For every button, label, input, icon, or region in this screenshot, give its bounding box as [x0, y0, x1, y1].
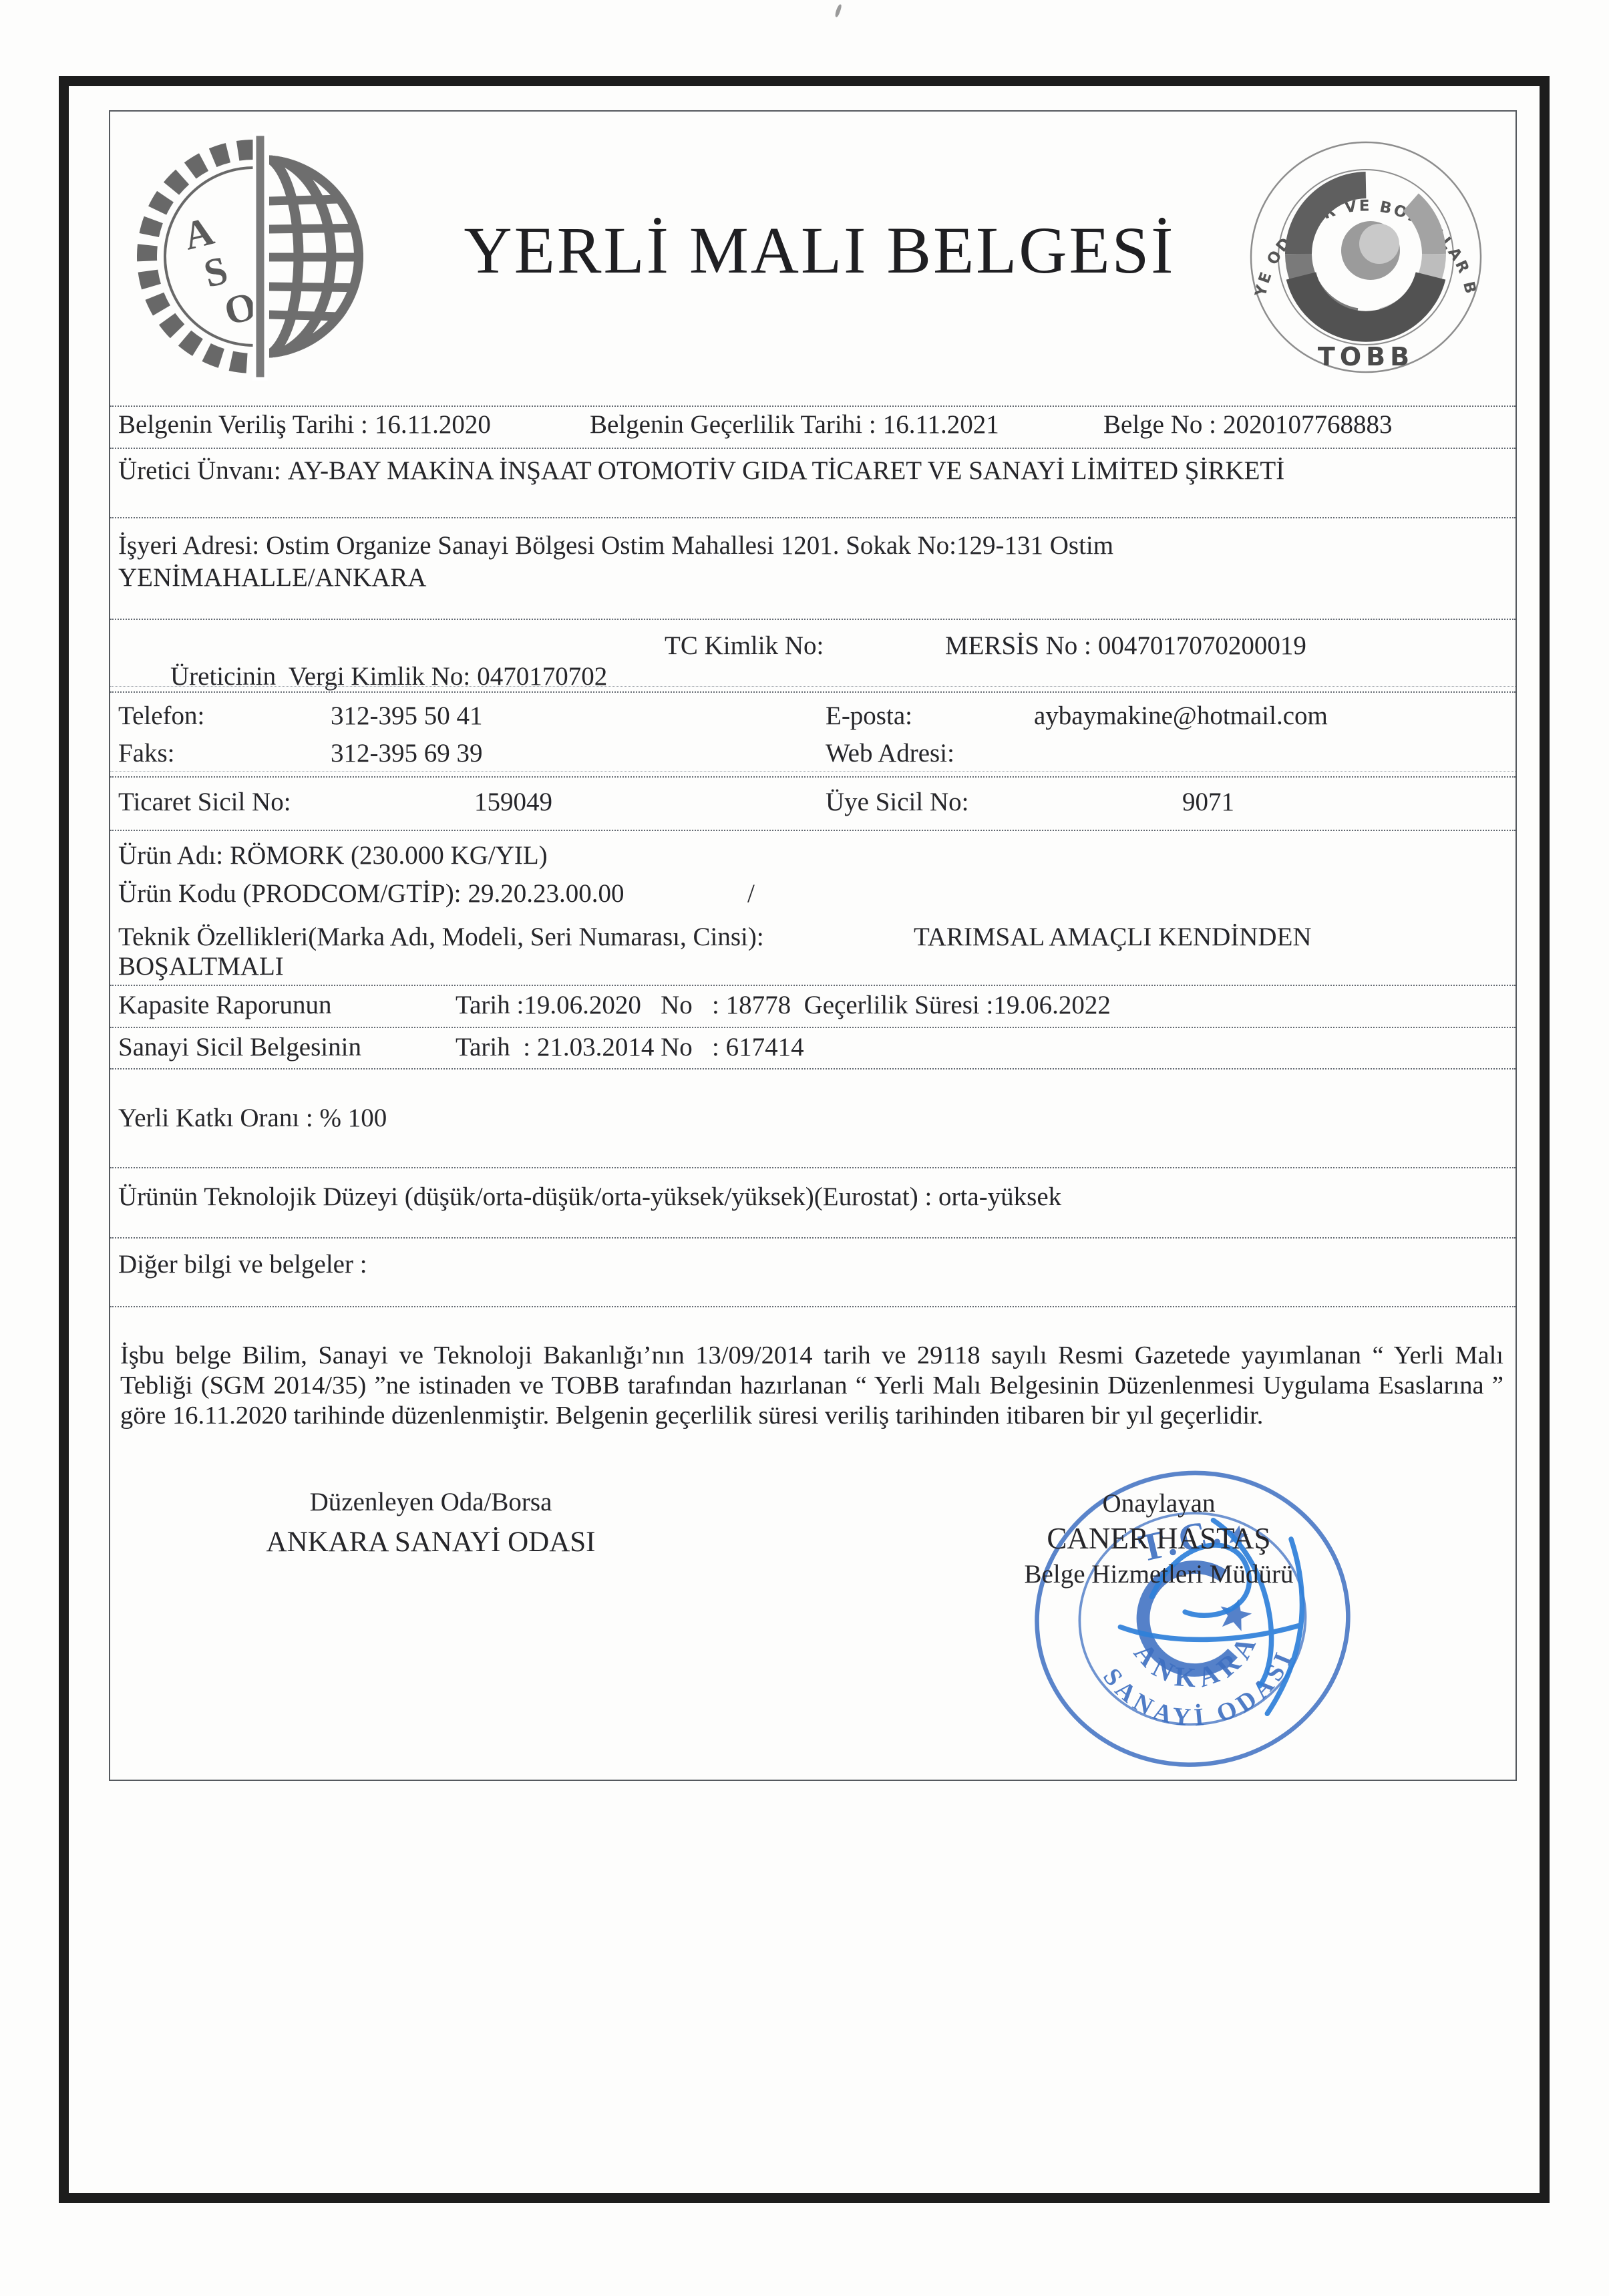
product-name-value: RÖMORK (230.000 KG/YIL) [230, 841, 548, 870]
legal-statement: İşbu belge Bilim, Sanayi ve Teknoloji Ba… [120, 1341, 1503, 1431]
trade-reg-value: 159049 [474, 787, 552, 818]
other-docs-label: Diğer bilgi ve belgeler : [118, 1249, 367, 1280]
scan-artifact [834, 4, 842, 18]
email-label: E-posta: [826, 701, 912, 731]
doc-no-label: Belge No : [1103, 410, 1216, 439]
row-product: Ürün Adı:RÖMORK (230.000 KG/YIL) Ürün Ko… [110, 830, 1515, 986]
aso-logo-icon: A S O [137, 126, 377, 388]
doc-no-field: Belge No :2020107768883 [1103, 409, 1392, 440]
address-line2: YENİMAHALLE/ANKARA [118, 562, 426, 593]
issue-date-value: 16.11.2020 [375, 410, 491, 439]
trade-reg-label: Ticaret Sicil No: [118, 787, 291, 818]
email-value: aybaymakine@hotmail.com [1034, 701, 1328, 731]
product-code-value: 29.20.23.00.00 [468, 879, 624, 908]
address-field: İşyeri Adresi:Ostim Organize Sanayi Bölg… [118, 530, 1113, 561]
industry-reg-value: Tarih : 21.03.2014 No : 617414 [456, 1032, 804, 1063]
member-reg-value: 9071 [1182, 787, 1234, 818]
industry-reg-label: Sanayi Sicil Belgesinin [118, 1032, 361, 1063]
issuer-label: Düzenleyen Oda/Borsa [164, 1486, 698, 1518]
member-reg-label: Üye Sicil No: [826, 787, 968, 818]
approver-title: Belge Hizmetleri Müdürü [975, 1557, 1343, 1592]
row-industry-registry: Sanayi Sicil Belgesinin Tarih : 21.03.20… [110, 1027, 1515, 1070]
validity-date-value: 16.11.2021 [883, 410, 999, 439]
row-address: İşyeri Adresi:Ostim Organize Sanayi Bölg… [110, 517, 1515, 620]
address-label: İşyeri Adresi: [118, 531, 259, 560]
issue-date-field: Belgenin Veriliş Tarihi :16.11.2020 [118, 409, 491, 440]
row-capacity-report: Kapasite Raporunun Tarih :19.06.2020 No … [110, 985, 1515, 1028]
producer-field: Üretici Ünvanı:AY-BAY MAKİNA İNŞAAT OTOM… [118, 456, 1284, 486]
tech-level-value: Ürünün Teknolojik Düzeyi (düşük/orta-düş… [118, 1182, 1061, 1212]
web-label: Web Adresi: [826, 738, 954, 769]
approver-name: CANER HASTAŞ [975, 1520, 1343, 1557]
tech-spec-label: Teknik Özellikleri(Marka Adı, Modeli, Se… [118, 922, 764, 953]
row-other-docs: Diğer bilgi ve belgeler : [110, 1237, 1515, 1307]
validity-date-field: Belgenin Geçerlilik Tarihi :16.11.2021 [590, 409, 999, 440]
mersis-field: MERSİS No :0047017070200019 [945, 631, 1306, 661]
approver-block: Onaylayan CANER HASTAŞ Belge Hizmetleri … [975, 1488, 1343, 1592]
fax-label: Faks: [118, 738, 175, 769]
tobb-logo-icon: TÜRKİYE ODALAR VE BORSALAR BİRLİĞİ TOBB [1242, 117, 1489, 397]
stamp-chamber-text: SANAYİ ODASI [1096, 1641, 1308, 1743]
page-title: YERLİ MALI BELGESİ [425, 212, 1214, 289]
mersis-value: 0047017070200019 [1098, 631, 1306, 660]
tech-spec-value2: BOŞALTMALI [118, 951, 284, 982]
producer-label: Üretici Ünvanı: [118, 456, 281, 485]
tax-id-value: 0470170702 [477, 662, 607, 691]
issuer-block: Düzenleyen Oda/Borsa ANKARA SANAYİ ODASI [164, 1486, 698, 1560]
header: A S O [110, 112, 1515, 407]
row-contact: Telefon: 312-395 50 41 E-posta: aybaymak… [110, 691, 1515, 778]
mersis-label: MERSİS No : [945, 631, 1091, 660]
row-statement: İşbu belge Bilim, Sanayi ve Teknoloji Ba… [110, 1306, 1515, 1780]
aso-pole [254, 134, 266, 379]
product-code-field: Ürün Kodu (PRODCOM/GTİP):29.20.23.00.00 [118, 878, 624, 909]
phone-label: Telefon: [118, 701, 204, 731]
product-name-label: Ürün Adı: [118, 841, 223, 870]
tech-spec-value1: TARIMSAL AMAÇLI KENDİNDEN [914, 922, 1312, 953]
tax-id-label: Üreticinin Vergi Kimlik No: [170, 662, 470, 691]
row-id-numbers: Üreticinin Vergi Kimlik No:0470170702 TC… [110, 619, 1515, 693]
row-producer: Üretici Ünvanı:AY-BAY MAKİNA İNŞAAT OTOM… [110, 448, 1515, 518]
product-name-field: Ürün Adı:RÖMORK (230.000 KG/YIL) [118, 840, 548, 871]
certificate-body: A S O [109, 110, 1517, 1781]
capacity-label: Kapasite Raporunun [118, 990, 332, 1021]
approver-label: Onaylayan [975, 1488, 1343, 1520]
local-content-value: Yerli Katkı Oranı : % 100 [118, 1103, 387, 1134]
fax-value: 312-395 69 39 [331, 738, 483, 769]
phone-value: 312-395 50 41 [331, 701, 483, 731]
capacity-value: Tarih :19.06.2020 No : 18778 Geçerlilik … [456, 990, 1111, 1021]
tc-id-label: TC Kimlik No: [665, 631, 824, 661]
issue-date-label: Belgenin Veriliş Tarihi : [118, 410, 368, 439]
validity-date-label: Belgenin Geçerlilik Tarihi : [590, 410, 876, 439]
row-registry: Ticaret Sicil No: 159049 Üye Sicil No: 9… [110, 776, 1515, 831]
product-code-separator: / [747, 878, 755, 909]
row-dates: Belgenin Veriliş Tarihi :16.11.2020 Belg… [110, 405, 1515, 449]
doc-no-value: 2020107768883 [1223, 410, 1393, 439]
row-tech-level: Ürünün Teknolojik Düzeyi (düşük/orta-düş… [110, 1167, 1515, 1239]
producer-value: AY-BAY MAKİNA İNŞAAT OTOMOTİV GIDA TİCAR… [288, 456, 1285, 485]
product-code-label: Ürün Kodu (PRODCOM/GTİP): [118, 879, 462, 908]
certificate-page: A S O [0, 0, 1609, 2296]
address-line1: Ostim Organize Sanayi Bölgesi Ostim Maha… [266, 531, 1113, 560]
issuer-name: ANKARA SANAYİ ODASI [164, 1525, 698, 1560]
row-local-content: Yerli Katkı Oranı : % 100 [110, 1068, 1515, 1168]
svg-text:SANAYİ ODASI: SANAYİ ODASI [1096, 1641, 1308, 1743]
tobb-label: TOBB [1318, 342, 1414, 371]
